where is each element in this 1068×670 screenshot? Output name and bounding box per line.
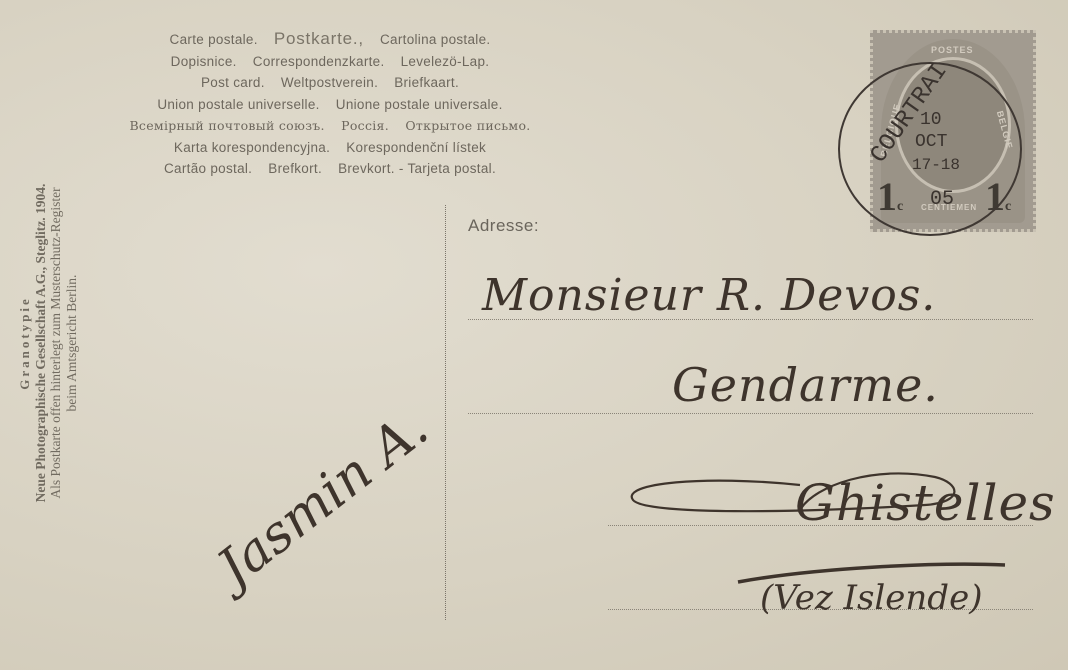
- header-title: Postkarte.,: [274, 29, 364, 48]
- header-line-4: Union postale universelle. Unione postal…: [90, 94, 570, 116]
- postmark-time: 17-18: [912, 156, 960, 174]
- postmark-year: 05: [930, 188, 954, 211]
- postmark-month: OCT: [915, 132, 947, 152]
- header-line-7: Cartão postal. Brefkort. Brevkort. - Tar…: [90, 158, 570, 180]
- header-text: Karta korespondencyjna.: [174, 140, 330, 155]
- stamp-top-text: POSTES: [931, 45, 974, 55]
- header-text: Dopisnice.: [171, 54, 237, 69]
- center-divider: [445, 205, 446, 620]
- handwritten-region: (Vez Islende): [760, 578, 982, 618]
- imprint-line: beim Amtsgericht Berlin.: [64, 63, 80, 623]
- handwritten-town: Ghistelles: [795, 474, 1056, 532]
- header-text: Россія.: [341, 118, 389, 133]
- header-text: Correspondenzkarte.: [253, 54, 385, 69]
- header-text: Brefkort.: [268, 161, 322, 176]
- header-text: Carte postale.: [170, 32, 258, 47]
- address-line-2: [468, 413, 1033, 414]
- header-line-3: Post card. Weltpostverein. Briefkaart.: [90, 72, 570, 94]
- header-text: Briefkaart.: [394, 75, 459, 90]
- header-line-2: Dopisnice. Correspondenzkarte. Levelezö-…: [90, 51, 570, 73]
- header-line-6: Karta korespondencyjna. Korespondenční l…: [90, 137, 570, 159]
- header-text: Cartão postal.: [164, 161, 252, 176]
- header-text: Открытое письмо.: [405, 118, 530, 133]
- header-text: Weltpostverein.: [281, 75, 378, 90]
- postmark-day: 10: [920, 110, 942, 130]
- handwritten-recipient: Monsieur R. Devos.: [482, 270, 936, 321]
- header-text: Cartolina postale.: [380, 32, 490, 47]
- header-text: Всемірный почтовый союзъ.: [129, 118, 324, 133]
- stamp-unit: c: [1005, 199, 1011, 214]
- handwritten-title: Gendarme.: [672, 358, 939, 412]
- address-label: Adresse:: [468, 216, 539, 236]
- publisher-imprint: Granotypie Neue Photographische Gesellsc…: [17, 63, 79, 623]
- multilingual-header: Carte postale. Postkarte., Cartolina pos…: [90, 28, 570, 180]
- header-text: Korespondenční lístek: [346, 140, 486, 155]
- header-line-5: Всемірный почтовый союзъ. Россія. Открыт…: [90, 115, 570, 137]
- header-text: Levelezö-Lap.: [401, 54, 490, 69]
- imprint-line: Als Postkarte offen hinterlegt zum Muste…: [48, 63, 64, 623]
- header-line-1: Carte postale. Postkarte., Cartolina pos…: [90, 28, 570, 51]
- postcard-back: Carte postale. Postkarte., Cartolina pos…: [0, 0, 1068, 670]
- imprint-line: Neue Photographische Gesellschaft A.G., …: [33, 63, 49, 623]
- imprint-brand: Granotypie: [17, 63, 33, 623]
- header-text: Union postale universelle.: [157, 97, 319, 112]
- header-text: Post card.: [201, 75, 265, 90]
- header-text: Brevkort. - Tarjeta postal.: [338, 161, 496, 176]
- signature: Jasmin A.: [207, 398, 440, 598]
- header-text: Unione postale universale.: [336, 97, 503, 112]
